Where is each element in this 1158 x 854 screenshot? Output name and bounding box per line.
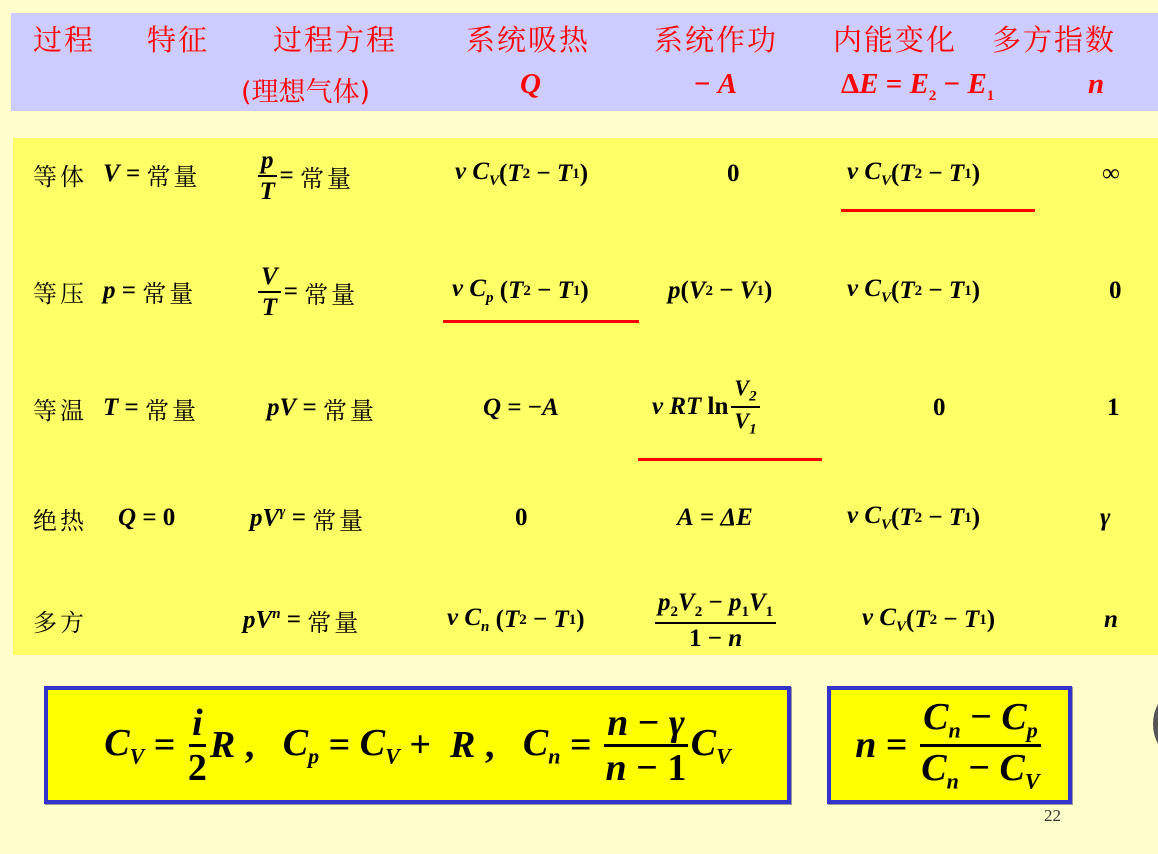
highlight-underline xyxy=(841,209,1035,212)
row5-energy: ν CV(T2 − T1) xyxy=(862,602,995,638)
highlight-underline xyxy=(638,458,822,461)
row5-index: n xyxy=(1104,602,1118,638)
row-isobaric: 等压 xyxy=(33,273,87,309)
row3-index: 1 xyxy=(1107,390,1120,426)
row4-energy: ν CV(T2 − T1) xyxy=(847,500,980,536)
polytropic-index-formula-box: n = Cn − CpCn − CV xyxy=(827,686,1072,804)
header-equation: 过程方程 xyxy=(273,18,397,59)
header-feature: 特征 xyxy=(147,18,209,59)
row4-work: A = ΔE xyxy=(677,500,753,536)
row-isothermal: 等温 xyxy=(33,390,87,426)
header-work: 系统作功 xyxy=(654,18,778,59)
row1-index: ∞ xyxy=(1102,156,1120,192)
heat-capacity-formula-box: CV = i2R , Cp = CV + R , Cn = n − γn − 1… xyxy=(44,686,791,804)
row2-energy: ν CV(T2 − T1) xyxy=(847,273,980,309)
row-isochoric: 等体 xyxy=(33,156,87,192)
header-energy-sub: ΔE = E2 − E1 xyxy=(841,68,994,105)
row5-equation: pVn = 常量 xyxy=(243,602,361,638)
row3-heat: Q = −A xyxy=(483,390,559,426)
navigation-button-edge[interactable] xyxy=(1153,694,1158,754)
row2-work: p(V2 − V1) xyxy=(668,273,772,309)
row5-heat: ν Cn (T2 − T1) xyxy=(447,602,585,638)
row2-heat: ν Cp (T2 − T1) xyxy=(452,273,589,309)
page-number: 22 xyxy=(1044,806,1061,826)
row2-feature: p = 常量 xyxy=(103,273,196,309)
header-work-sub: − A xyxy=(694,68,737,101)
header-heat: 系统吸热 xyxy=(466,18,590,59)
row-adiabatic: 绝热 xyxy=(33,500,87,536)
row1-feature: V = 常量 xyxy=(103,156,200,192)
row4-equation: pVγ = 常量 xyxy=(250,500,366,536)
row-polytropic: 多方 xyxy=(33,602,87,638)
row1-equation: pT= 常量 xyxy=(255,148,354,204)
row4-feature: Q = 0 xyxy=(118,500,175,536)
header-index: 多方指数 xyxy=(992,18,1116,59)
row1-energy: ν CV(T2 − T1) xyxy=(847,156,980,192)
row3-feature: T = 常量 xyxy=(103,390,199,426)
header-heat-sub: Q xyxy=(520,68,541,101)
row2-index: 0 xyxy=(1109,273,1122,309)
row1-heat: ν CV(T2 − T1) xyxy=(455,156,588,192)
header-equation-sub: (理想气体) xyxy=(241,70,370,109)
row5-work: p2V2 − p1V11 − n xyxy=(652,590,779,650)
highlight-underline xyxy=(443,320,639,323)
header-process: 过程 xyxy=(33,18,95,59)
row2-equation: VT= 常量 xyxy=(255,262,358,322)
row3-energy: 0 xyxy=(933,390,946,426)
row4-heat: 0 xyxy=(515,500,528,536)
row1-work: 0 xyxy=(727,156,740,192)
row3-equation: pV = 常量 xyxy=(267,390,377,426)
header-energy: 内能变化 xyxy=(833,18,957,59)
row3-work: ν RT lnV2V1 xyxy=(652,376,763,438)
header-index-sub: n xyxy=(1088,68,1104,101)
row4-index: γ xyxy=(1100,500,1110,536)
